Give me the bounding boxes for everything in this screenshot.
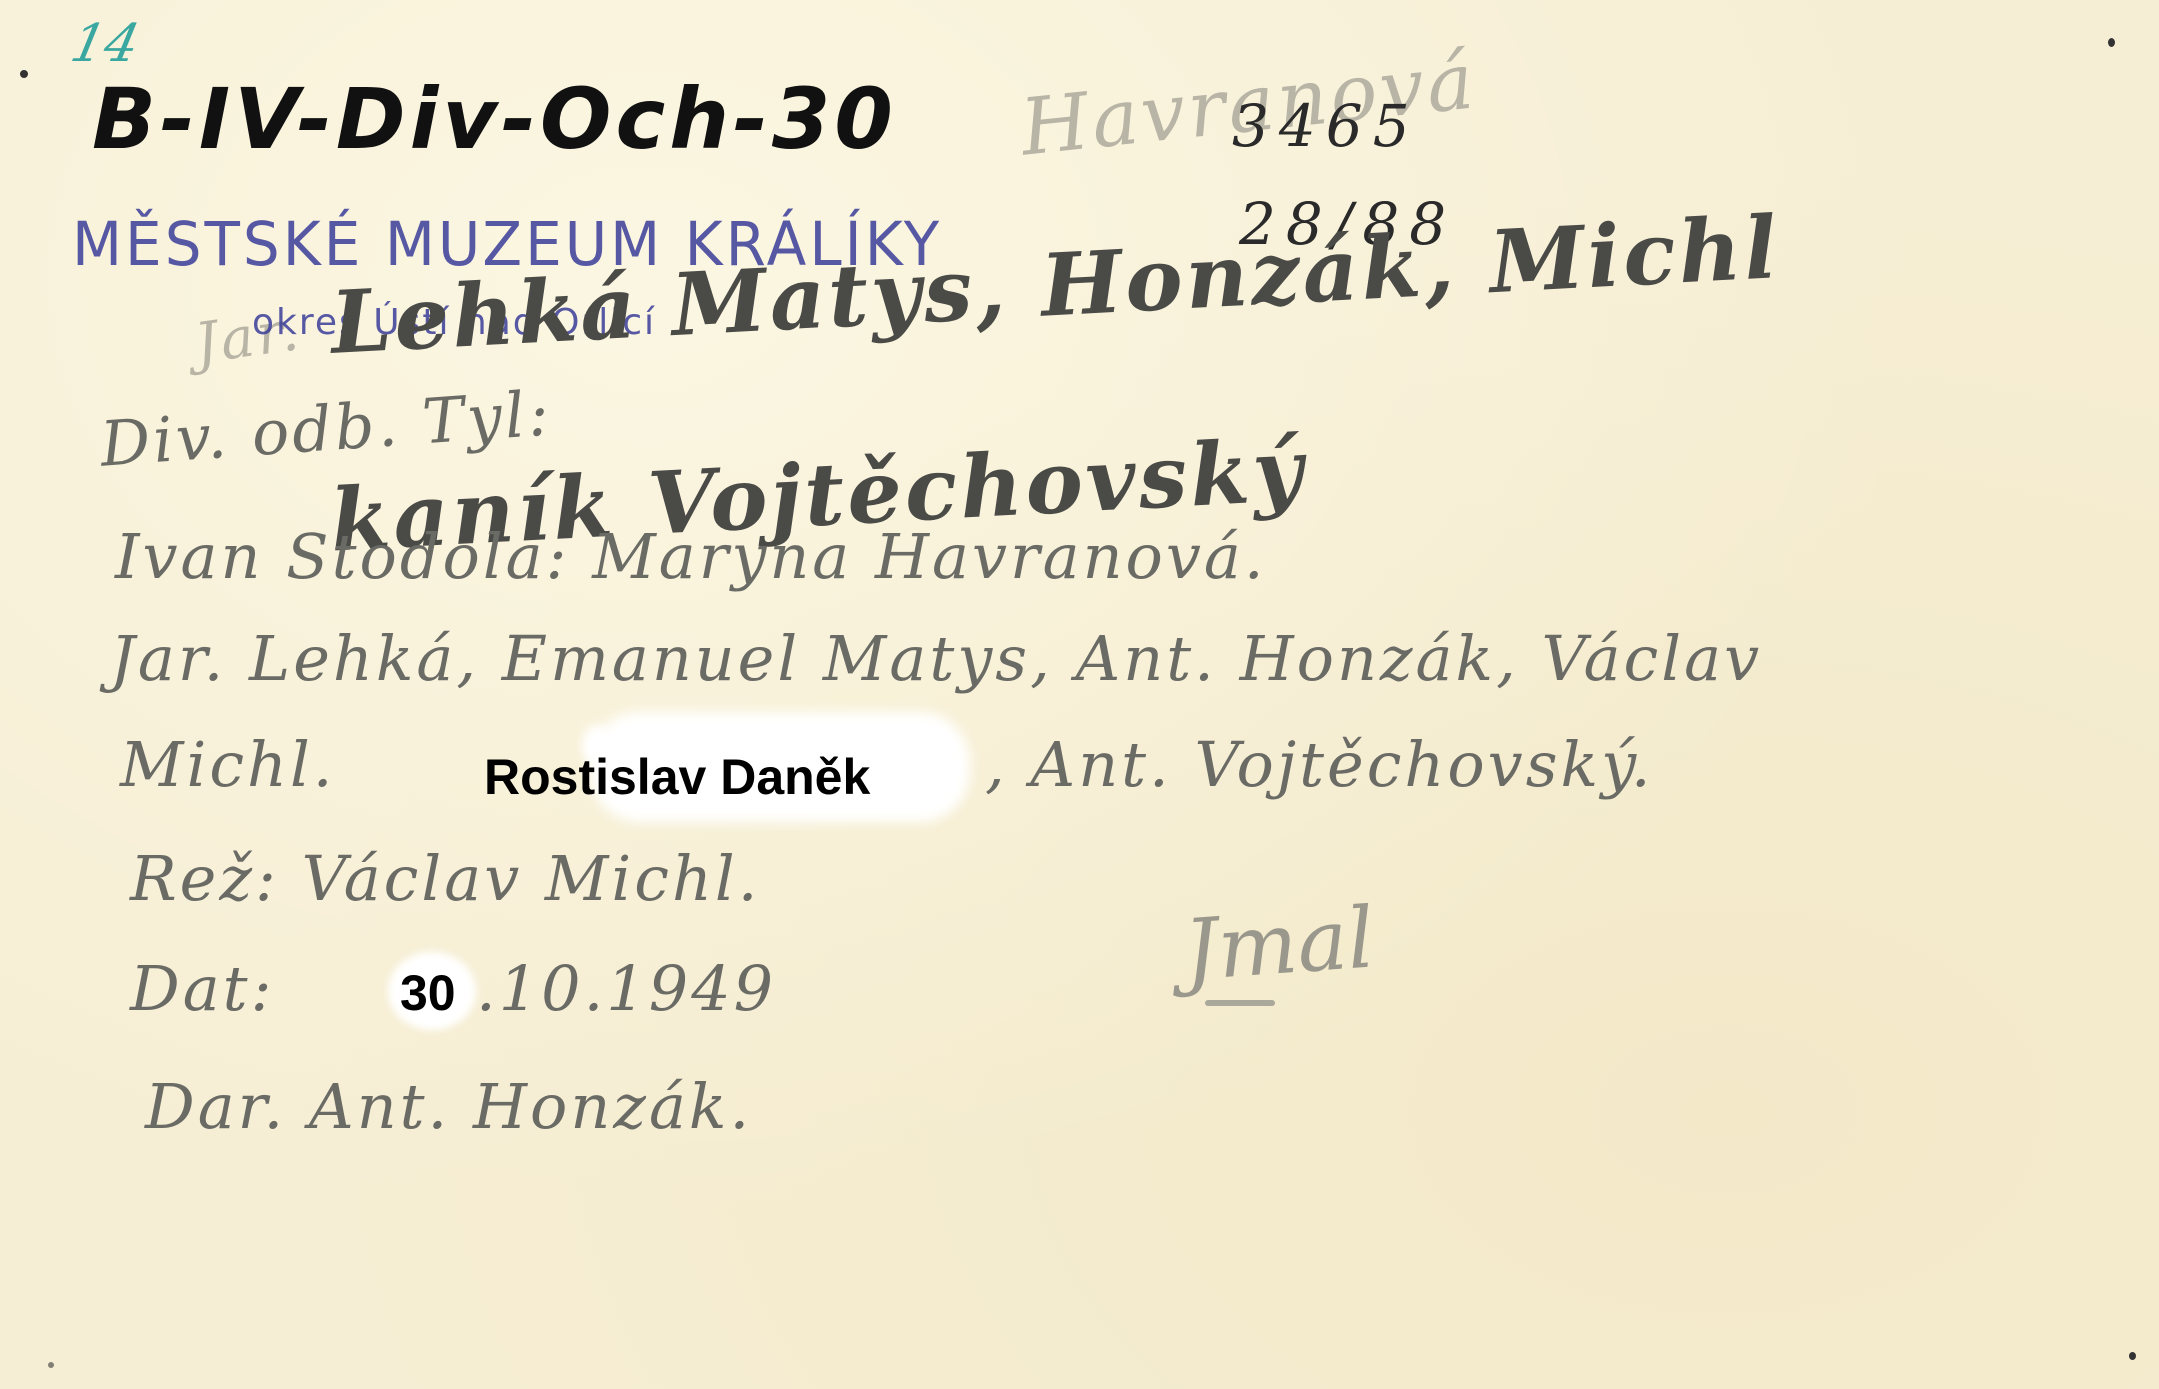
dust-speck (2129, 1352, 2136, 1360)
dust-speck (48, 1362, 54, 1368)
handwritten-line-play: Ivan Stodola: Maryna Havranová. (115, 520, 1267, 593)
dust-speck (2108, 38, 2115, 47)
catalog-index: 14 (66, 14, 145, 74)
handwritten-line-cast-end: , Ant. Vojtěchovský. (985, 728, 1654, 801)
inventory-number: 3465 (1232, 92, 1420, 160)
handwritten-line-director: Rež: Václav Michl. (130, 842, 760, 915)
overlay-day-label: 30 (400, 964, 456, 1022)
handwritten-line-cast: Jar. Lehká, Emanuel Matys, Ant. Honzák, … (110, 622, 1762, 695)
dust-speck (20, 70, 28, 78)
overlay-name-label: Rostislav Daněk (484, 748, 870, 806)
handwritten-line-date-label: Dat: (130, 952, 274, 1025)
catalog-code: B-IV-Div-Och-30 (92, 70, 897, 168)
signature: Jmal (1181, 888, 1378, 999)
handwritten-line-donor: Dar. Ant. Honzák. (145, 1070, 752, 1143)
signature-underline (1205, 1000, 1275, 1006)
handwritten-line-cast-continued: Michl. (120, 728, 336, 801)
handwritten-line-date-rest: .10.1949 (476, 952, 776, 1025)
